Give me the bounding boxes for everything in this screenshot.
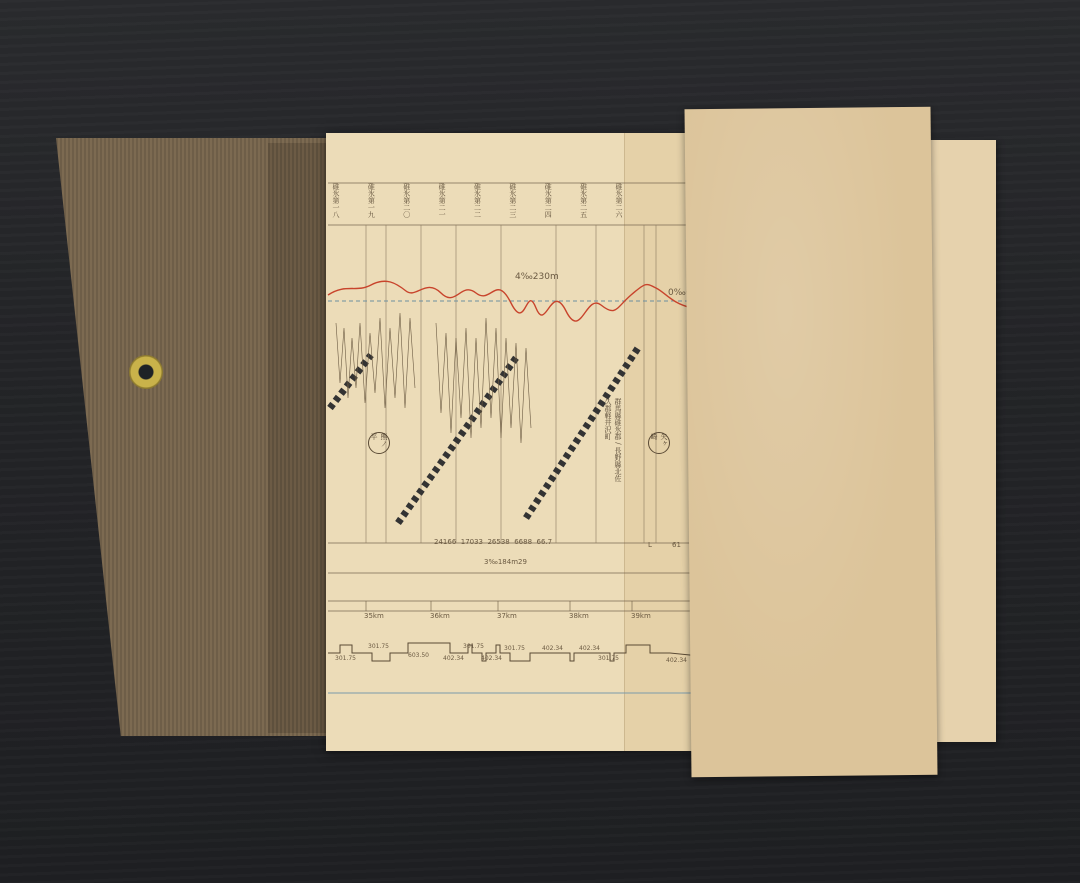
milepost-35: 35km: [364, 612, 384, 620]
header-label: 碓氷第二五: [580, 183, 587, 223]
tunnel-length: 66.7: [536, 538, 552, 546]
station-marker-kumanotaira: 熊ノ平: [368, 432, 390, 454]
profile-value: 402.34: [579, 645, 600, 652]
tunnel-length: 26538: [487, 538, 509, 546]
profile-value: 301.75: [368, 643, 389, 650]
station-marker-yagasaki: 矢ヶ崎: [648, 432, 670, 454]
header-label: 碓氷第二二: [474, 183, 481, 223]
milepost-36: 36km: [430, 612, 450, 620]
header-label: 碓氷第二一: [438, 183, 445, 223]
side-code: L: [648, 541, 652, 549]
header-label: 碓氷第二〇: [403, 183, 410, 223]
side-code: 61: [672, 541, 681, 549]
header-label: 碓氷第一九: [367, 183, 374, 223]
gradient-label: 4‰230m: [515, 272, 559, 282]
header-label: 碓氷第一八: [332, 183, 339, 223]
milepost-38: 38km: [569, 612, 589, 620]
profile-value: 301.75: [335, 655, 356, 662]
profile-value: 402.34: [443, 655, 464, 662]
profile-value: 402.34: [481, 655, 502, 662]
header-label: 碓氷第二六: [615, 183, 622, 223]
profile-value: 402.34: [666, 657, 687, 664]
tunnel-length: 17033: [461, 538, 483, 546]
milepost-37: 37km: [497, 612, 517, 620]
prefecture-note: 群馬縣碓氷郡 / 長野縣北佐久郡軽井沢町: [603, 398, 623, 488]
profile-value: 301.75: [463, 643, 484, 650]
header-label: 碓氷第二三: [509, 183, 516, 223]
brass-grommet: [129, 355, 163, 389]
gradient-band-label: 3‰184m29: [484, 558, 527, 566]
tunnel-header-row: 碓氷第一八 碓氷第一九 碓氷第二〇 碓氷第二一 碓氷第二二 碓氷第二三 碓氷第二…: [332, 183, 622, 223]
loose-overlay-sheet: [685, 107, 938, 778]
profile-value: 301.75: [504, 645, 525, 652]
envelope-spine: [268, 143, 326, 733]
header-label: 碓氷第二四: [544, 183, 551, 223]
milepost-39: 39km: [631, 612, 651, 620]
profile-value: 301.75: [598, 655, 619, 662]
tunnel-length: 24166: [434, 538, 456, 546]
tunnel-lengths: 24166 17033 26538 6688 66.7: [434, 538, 552, 546]
page-stack: [928, 140, 996, 742]
profile-value: 603.50: [408, 652, 429, 659]
profile-value: 402.34: [542, 645, 563, 652]
tunnel-length: 6688: [514, 538, 532, 546]
